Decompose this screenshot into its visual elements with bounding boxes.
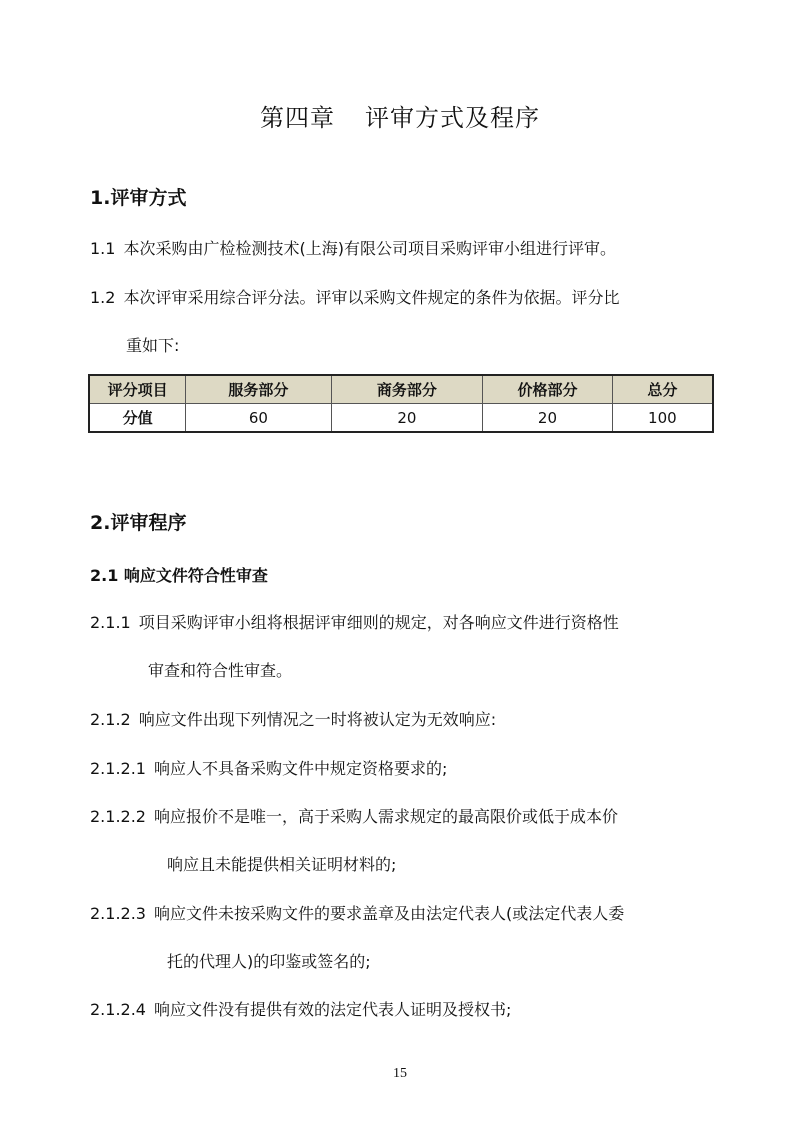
page-number: 15	[0, 1066, 800, 1082]
section-1-heading: 1.评审方式	[90, 183, 186, 210]
table-cell: 60	[186, 404, 332, 433]
section-2-1-heading: 2.1 响应文件符合性审查	[90, 563, 268, 586]
header-cell: 价格部分	[483, 375, 613, 404]
table-cell: 20	[483, 404, 613, 433]
item-2-1-2-2: 2.1.2.2响应报价不是唯一，高于采购人需求规定的最高限价或低于成本价	[90, 804, 618, 827]
item-2-1-2-3-continued: 托的代理人)的印鉴或签名的;	[167, 949, 371, 972]
item-2-1-2-2-continued: 响应且未能提供相关证明材料的;	[167, 852, 396, 875]
header-cell: 总分	[612, 375, 713, 404]
item-2-1-1: 2.1.1项目采购评审小组将根据评审细则的规定，对各响应文件进行资格性	[90, 610, 619, 633]
table-cell: 20	[331, 404, 482, 433]
table-cell: 100	[612, 404, 713, 433]
item-2-1-2-3: 2.1.2.3响应文件未按采购文件的要求盖章及由法定代表人(或法定代表人委	[90, 901, 624, 924]
item-2-1-1-continued: 审查和符合性审查。	[148, 658, 292, 681]
item-2-1-2: 2.1.2响应文件出现下列情况之一时将被认定为无效响应:	[90, 707, 496, 730]
score-weight-table: 评分项目 服务部分 商务部分 价格部分 总分 分值 60 20 20 100	[88, 374, 714, 433]
header-cell: 评分项目	[89, 375, 186, 404]
item-1-2: 1.2本次评审采用综合评分法。评审以采购文件规定的条件为依据。评分比	[90, 285, 619, 308]
chapter-name: 评审方式及程序	[365, 104, 540, 132]
item-1-2-continued: 重如下:	[126, 333, 179, 356]
header-cell: 服务部分	[186, 375, 332, 404]
chapter-title: 第四章评审方式及程序	[0, 98, 800, 133]
header-cell: 商务部分	[331, 375, 482, 404]
row-label: 分值	[89, 404, 186, 433]
section-2-heading: 2.评审程序	[90, 508, 186, 535]
chapter-number: 第四章	[260, 104, 335, 132]
table-row: 分值 60 20 20 100	[89, 404, 713, 433]
item-2-1-2-4: 2.1.2.4响应文件没有提供有效的法定代表人证明及授权书;	[90, 997, 511, 1020]
item-1-1: 1.1本次采购由广检检测技术(上海)有限公司项目采购评审小组进行评审。	[90, 236, 616, 259]
item-2-1-2-1: 2.1.2.1响应人不具备采购文件中规定资格要求的;	[90, 756, 447, 779]
table-header-row: 评分项目 服务部分 商务部分 价格部分 总分	[89, 375, 713, 404]
